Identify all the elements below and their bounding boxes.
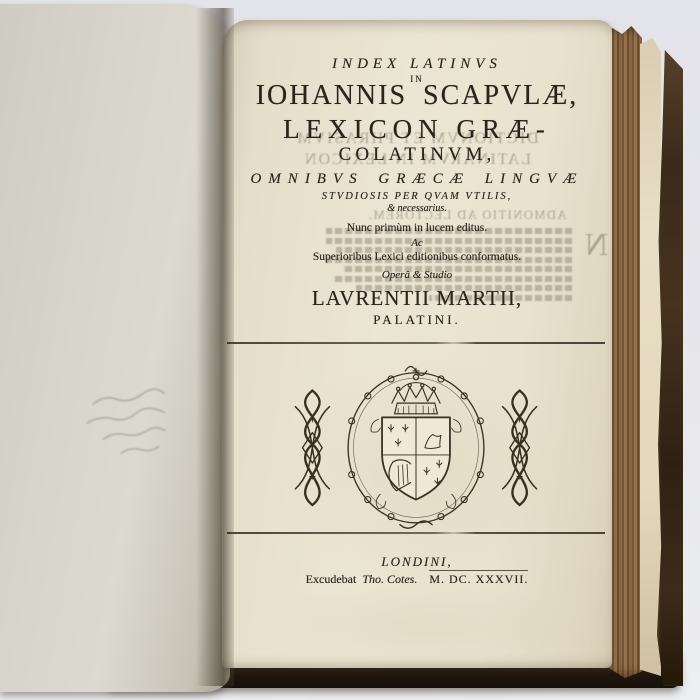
imprint-place: LONDINI, (222, 554, 612, 570)
author-name: LAVRENTII MARTII, (222, 286, 612, 311)
paper-stain (252, 580, 582, 670)
edition-statement-line1: Nunc primùm in lucem editus. (222, 222, 612, 234)
byline-lead: Operâ & Studio (222, 269, 612, 281)
left-flourish-knot (295, 391, 329, 505)
horizontal-rule-lower (227, 532, 605, 534)
endpaper-edge (640, 38, 661, 676)
title-page: DICTIONVM ET PHRASIVM LATINARVM IN LEXIC… (222, 20, 612, 668)
main-title-line3: COLATINVM, (222, 144, 612, 166)
edition-statement-line3: Superioribus Lexici editionibus conforma… (222, 251, 612, 263)
imprint-date: M. DC. XXXVII. (429, 570, 528, 586)
verso-blank-page (0, 4, 230, 692)
subtitle-line2: STVDIOSIS PER QVAM VTILIS, (222, 191, 612, 202)
edition-statement-line2: Ac (222, 237, 612, 249)
faint-inscription-show-through (73, 374, 216, 476)
shield-of-arms (382, 417, 450, 499)
author-epithet: PALATINI. (222, 312, 612, 328)
crowned-royal-arms-ornament (282, 360, 550, 532)
imprint-line: Excudebat Tho. Cotes. M. DC. XXXVII. (222, 572, 612, 587)
subtitle-line3: & necessarius. (222, 203, 612, 214)
right-flourish-knot (503, 391, 537, 505)
imprint-printer-prefix: Excudebat (306, 572, 357, 586)
imprint-printer-name: Tho. Cotes. (362, 572, 417, 586)
main-title-line1: IOHANNIS SCAPVLÆ, (222, 80, 612, 112)
series-title: INDEX LATINVS (222, 56, 612, 73)
horizontal-rule-upper (227, 342, 605, 344)
main-title-line2: LEXICON GRÆ- (222, 114, 612, 145)
subtitle-line1: OMNIBVS GRÆCÆ LINGVÆ (222, 171, 612, 188)
book-photograph: DICTIONVM ET PHRASIVM LATINARVM IN LEXIC… (0, 0, 700, 700)
